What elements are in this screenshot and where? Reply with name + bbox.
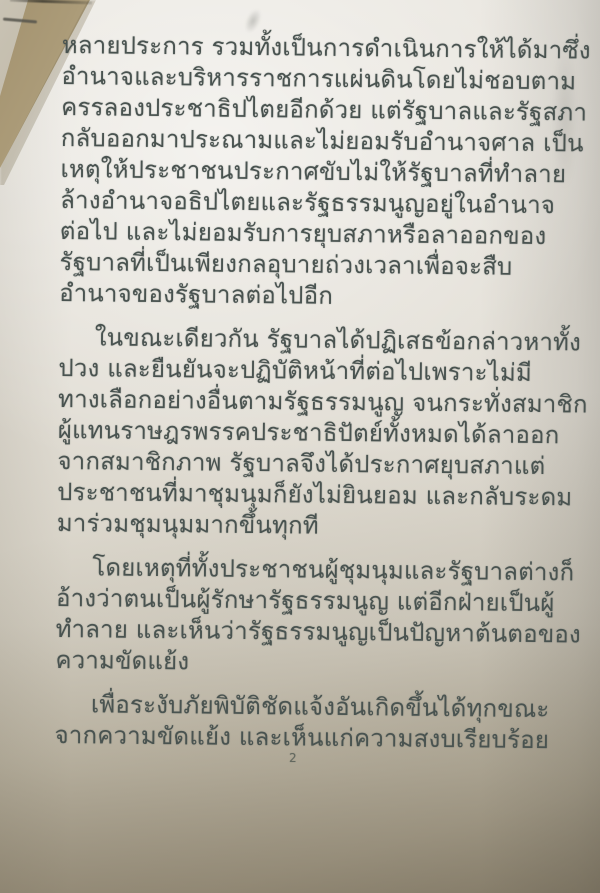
text-line: จากสมาชิกภาพ รัฐบาลจึงได้ประกาศยุบสภาแต่: [57, 446, 537, 482]
text-line: มาร่วมชุมนุมมากขึ้นทุกที: [57, 508, 537, 544]
paragraph-1: หลายประการ รวมทั้งเป็นการดำเนินการให้ได้…: [59, 30, 542, 314]
text-line: เหตุให้ประชาชนประกาศขับไม่ให้รัฐบาลที่ทำ…: [60, 154, 540, 190]
text-line: ครรลองประชาธิปไตยอีกด้วย แต่รัฐบาลและรัฐ…: [61, 92, 541, 128]
page-number: 2: [289, 751, 297, 765]
text-line: โดยเหตุที่ทั้งประชาชนผู้ชุมนุมและรัฐบาลต…: [56, 552, 536, 588]
text-line: ต่อไป และไม่ยอมรับการยุบสภาหรือลาออกของ: [60, 216, 540, 252]
paragraph-4: เพื่อระงับภัยพิบัติชัดแจ้งอันเกิดขึ้นได้…: [54, 689, 535, 756]
text-line: เพื่อระงับภัยพิบัติชัดแจ้งอันเกิดขึ้นได้…: [55, 689, 535, 725]
paragraph-3: โดยเหตุที่ทั้งประชาชนผู้ชุมนุมและรัฐบาลต…: [55, 552, 536, 681]
text-line: อ้างว่าตนเป็นผู้รักษารัฐธรรมนูญ แต่อีกฝ่…: [56, 583, 536, 619]
text-line: ปวง และยืนยันจะปฏิบัติหน้าที่ต่อไปเพราะไ…: [58, 353, 538, 389]
paragraph-2: ในขณะเดียวกัน รัฐบาลได้ปฏิเสธข้อกล่าวหาท…: [57, 322, 539, 544]
text-line: ประชาชนที่มาชุมนุมก็ยังไม่ยินยอม และกลับ…: [57, 477, 537, 513]
document-photo: หลายประการ รวมทั้งเป็นการดำเนินการให้ได้…: [0, 0, 600, 893]
text-line: ทำลาย และเห็นว่ารัฐธรรมนูญเป็นปัญหาต้นตอ…: [56, 614, 536, 650]
text-line: หลายประการ รวมทั้งเป็นการดำเนินการให้ได้…: [62, 30, 542, 66]
text-line: อำนาจของรัฐบาลต่อไปอีก: [59, 278, 539, 314]
text-line: ในขณะเดียวกัน รัฐบาลได้ปฏิเสธข้อกล่าวหาท…: [59, 322, 539, 358]
text-line: ล้างอำนาจอธิปไตยและรัฐธรรมนูญอยู่ในอำนาจ: [60, 185, 540, 221]
text-line: ผู้แทนราษฎรพรรคประชาธิปัตย์ทั้งหมดได้ลาอ…: [58, 415, 538, 451]
text-line: รัฐบาลที่เป็นเพียงกลอุบายถ่วงเวลาเพื่อจะ…: [59, 247, 539, 283]
page-text: หลายประการ รวมทั้งเป็นการดำเนินการให้ได้…: [54, 30, 542, 769]
text-line: กลับออกมาประณามและไม่ยอมรับอำนาจศาล เป็น: [61, 123, 541, 159]
text-line: ทางเลือกอย่างอื่นตามรัฐธรรมนูญ จนกระทั่ง…: [58, 384, 538, 420]
text-line: อำนาจและบริหารราชการแผ่นดินโดยไม่ชอบตาม: [61, 61, 541, 97]
text-line: ความขัดแย้ง: [55, 645, 535, 681]
